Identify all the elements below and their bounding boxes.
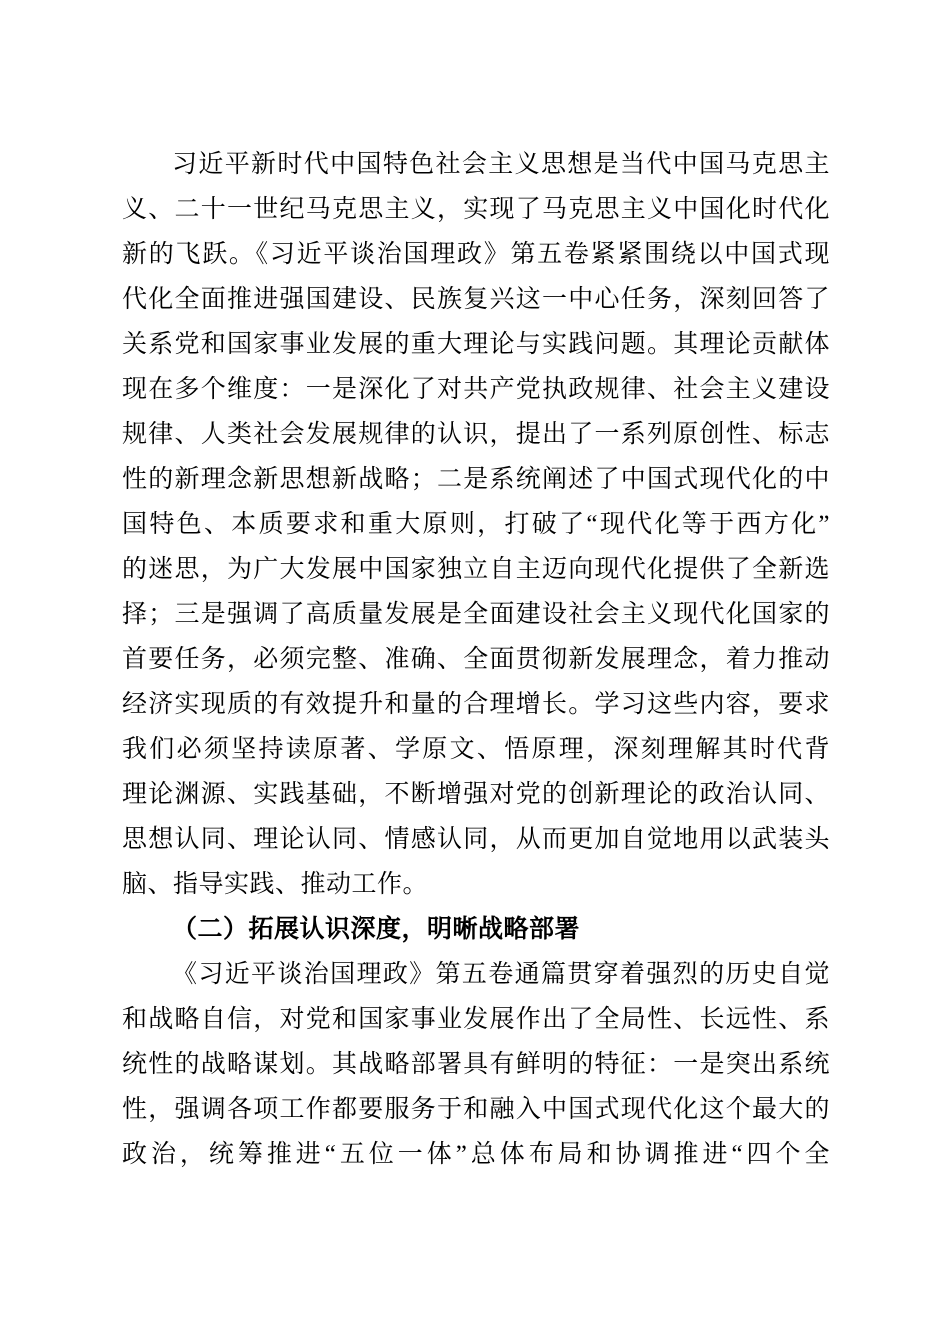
- text-line: 代化全面推进强国建设、民族复兴这一中心任务，深刻回答了: [122, 277, 830, 322]
- text-line: 新的飞跃。《习近平谈治国理政》第五卷紧紧围绕以中国式现: [122, 232, 830, 277]
- text-line: 脑、指导实践、推动工作。: [122, 862, 830, 907]
- text-line: 《习近平谈治国理政》第五卷通篇贯穿着强烈的历史自觉: [122, 952, 830, 997]
- paragraph-strategic-deployment: 《习近平谈治国理政》第五卷通篇贯穿着强烈的历史自觉和战略自信，对党和国家事业发展…: [122, 952, 830, 1177]
- text-line: 习近平新时代中国特色社会主义思想是当代中国马克思主: [122, 142, 830, 187]
- text-line: 和战略自信，对党和国家事业发展作出了全局性、长远性、系: [122, 997, 830, 1042]
- text-line: 理论渊源、实践基础，不断增强对党的创新理论的政治认同、: [122, 772, 830, 817]
- section-heading: （二）拓展认识深度，明晰战略部署: [122, 907, 830, 952]
- text-line: 现在多个维度：一是深化了对共产党执政规律、社会主义建设: [122, 367, 830, 412]
- text-line: 关系党和国家事业发展的重大理论与实践问题。其理论贡献体: [122, 322, 830, 367]
- document-page: 习近平新时代中国特色社会主义思想是当代中国马克思主义、二十一世纪马克思主义，实现…: [0, 0, 950, 1344]
- heading-section-two: （二）拓展认识深度，明晰战略部署: [122, 907, 830, 952]
- text-line: 经济实现质的有效提升和量的合理增长。学习这些内容，要求: [122, 682, 830, 727]
- text-line: 择；三是强调了高质量发展是全面建设社会主义现代化国家的: [122, 592, 830, 637]
- text-line: 义、二十一世纪马克思主义，实现了马克思主义中国化时代化: [122, 187, 830, 232]
- text-line: 规律、人类社会发展规律的认识，提出了一系列原创性、标志: [122, 412, 830, 457]
- text-line: 政治，统筹推进“五位一体”总体布局和协调推进“四个全: [122, 1132, 830, 1177]
- text-line: 的迷思，为广大发展中国家独立自主迈向现代化提供了全新选: [122, 547, 830, 592]
- paragraph-theory-contribution: 习近平新时代中国特色社会主义思想是当代中国马克思主义、二十一世纪马克思主义，实现…: [122, 142, 830, 907]
- text-line: 思想认同、理论认同、情感认同，从而更加自觉地用以武装头: [122, 817, 830, 862]
- text-line: 我们必须坚持读原著、学原文、悟原理，深刻理解其时代背景、: [122, 727, 830, 772]
- text-line: 性的新理念新思想新战略；二是系统阐述了中国式现代化的中: [122, 457, 830, 502]
- text-line: 性，强调各项工作都要服务于和融入中国式现代化这个最大的: [122, 1087, 830, 1132]
- text-block: 习近平新时代中国特色社会主义思想是当代中国马克思主义、二十一世纪马克思主义，实现…: [122, 142, 830, 1177]
- text-line: 统性的战略谋划。其战略部署具有鲜明的特征：一是突出系统: [122, 1042, 830, 1087]
- text-line: 首要任务，必须完整、准确、全面贯彻新发展理念，着力推动: [122, 637, 830, 682]
- text-line: 国特色、本质要求和重大原则，打破了“现代化等于西方化”: [122, 502, 830, 547]
